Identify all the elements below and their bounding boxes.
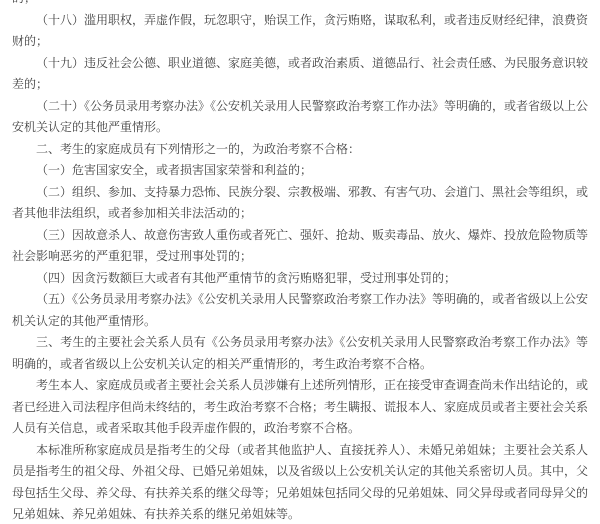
family-clause-4: （四）因贪污数额巨大或者有其他严重情节的贪污贿赂犯罪，受过刑事处罚的； <box>12 268 588 290</box>
document-text-region: 的； （十八）滥用职权，弄虚作假，玩忽职守，贻误工作，贪污贿赂，谋取私利，或者违… <box>0 0 600 524</box>
family-clause-5: （五）《公务员录用考察办法》《公安机关录用人民警察政治考察工作办法》等明确的，或… <box>12 289 588 332</box>
section-heading-2: 二、考生的家庭成员有下列情形之一的，为政治考察不合格： <box>12 139 588 161</box>
clause-item-20: （二十）《公务员录用考察办法》《公安机关录用人民警察政治考察工作办法》等明确的，… <box>12 96 588 139</box>
definitions-paragraph: 本标准所称家庭成员是指考生的父母（或者其他监护人、直接抚养人）、未婚兄弟姐妹；主… <box>12 440 588 524</box>
section-heading-3: 三、考生的主要社会关系人员有《公务员录用考察办法》《公安机关录用人民警察政治考察… <box>12 332 588 375</box>
family-clause-1: （一）危害国家安全，或者损害国家荣誉和利益的； <box>12 160 588 182</box>
clipped-previous-line-tail: 的； <box>12 0 588 10</box>
clause-item-18: （十八）滥用职权，弄虚作假，玩忽职守，贻误工作，贪污贿赂，谋取私利，或者违反财经… <box>12 10 588 53</box>
pending-cases-paragraph: 考生本人、家庭成员或者主要社会关系人员涉嫌有上述所列情形，正在接受审查调查尚未作… <box>12 375 588 440</box>
family-clause-2: （二）组织、参加、支持暴力恐怖、民族分裂、宗教极端、邪教、有害气功、会道门、黑社… <box>12 182 588 225</box>
clause-item-19: （十九）违反社会公德、职业道德、家庭美德，或者政治素质、道德品行、社会责任感、为… <box>12 53 588 96</box>
family-clause-3: （三）因故意杀人、故意伤害致人重伤或者死亡、强奸、抢劫、贩卖毒品、放火、爆炸、投… <box>12 225 588 268</box>
